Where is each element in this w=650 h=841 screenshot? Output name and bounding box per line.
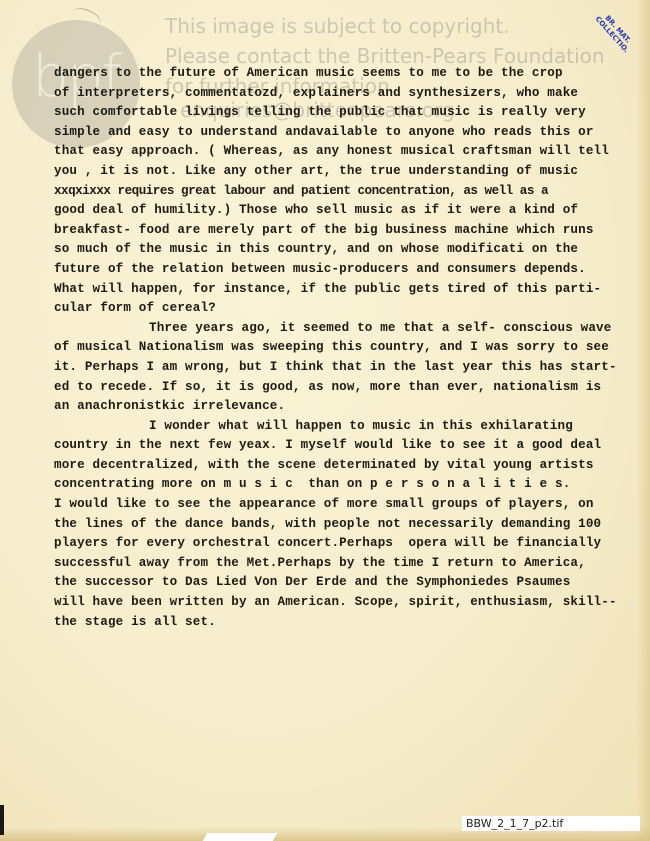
text-line: simple and easy to understand andavailab… xyxy=(54,123,634,143)
text-line: you , it is not. Like any other art, the… xyxy=(54,162,634,182)
typewritten-text: dangers to the future of American music … xyxy=(54,64,634,632)
text-line: of interpreters, commentatozd, explainer… xyxy=(54,84,634,104)
text-line: cular form of cereal? xyxy=(54,299,634,319)
text-line: it. Perhaps I am wrong, but I think that… xyxy=(54,358,634,378)
text-line: of musical Nationalism was sweeping this… xyxy=(54,338,634,358)
text-line: an anachronistkic irrelevance. xyxy=(54,397,634,417)
text-line: will have been written by an American. S… xyxy=(54,593,634,613)
text-line: the stage is all set. xyxy=(54,613,634,633)
text-line: successful away from the Met.Perhaps by … xyxy=(54,554,634,574)
text-line: so much of the music in this country, an… xyxy=(54,240,634,260)
text-line: such comfortable livings telling the pub… xyxy=(54,103,634,123)
text-line-struck-word: xxqxixxx requires great labour and patie… xyxy=(54,182,634,202)
scan-border-artifact xyxy=(0,805,4,835)
scan-light-artifact xyxy=(203,833,278,841)
watermark-line: This image is subject to copyright. xyxy=(165,14,510,38)
text-line: breakfast- food are merely part of the b… xyxy=(54,221,634,241)
text-line: the lines of the dance bands, with peopl… xyxy=(54,515,634,535)
paper-edge-right xyxy=(636,0,650,841)
text-line: I would like to see the appearance of mo… xyxy=(54,495,634,515)
text-line: country in the next few yeax. I myself w… xyxy=(54,436,634,456)
text-line: dangers to the future of American music … xyxy=(54,64,634,84)
text-line: concentrating more on m u s i c than on … xyxy=(54,475,634,495)
filename-label: BBW_2_1_7_p2.tif xyxy=(462,816,640,831)
text-line: the successor to Das Lied Von Der Erde a… xyxy=(54,573,634,593)
text-line: players for every orchestral concert.Per… xyxy=(54,534,634,554)
text-line: that easy approach. ( Whereas, as any ho… xyxy=(54,142,634,162)
paragraph-first-line: Three years ago, it seemed to me that a … xyxy=(54,319,634,339)
text-line: more decentralized, with the scene deter… xyxy=(54,456,634,476)
text-line: good deal of humility.) Those who sell m… xyxy=(54,201,634,221)
text-line: What will happen, for instance, if the p… xyxy=(54,280,634,300)
text-line: ed to recede. If so, it is good, as now,… xyxy=(54,378,634,398)
text-line: future of the relation between music-pro… xyxy=(54,260,634,280)
paragraph-first-line: I wonder what will happen to music in th… xyxy=(54,417,634,437)
